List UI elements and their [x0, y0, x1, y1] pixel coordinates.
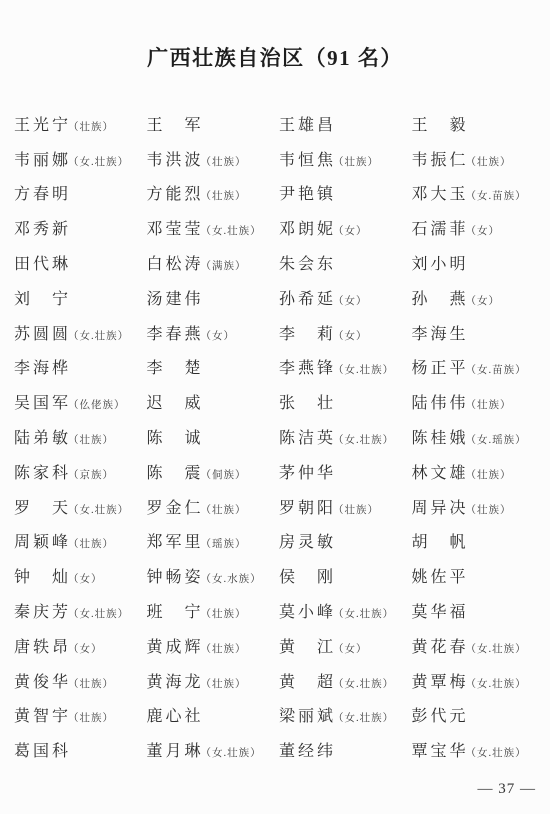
- person-name: 陈洁英: [279, 430, 336, 447]
- ethnic-tag: （壮族）: [333, 157, 379, 168]
- name-entry: 胡 帆: [412, 529, 545, 552]
- ethnic-tag: （女.壮族）: [68, 505, 129, 516]
- person-name: 李春燕: [147, 326, 204, 343]
- name-entry: 葛国科: [14, 738, 147, 761]
- ethnic-tag: （壮族）: [466, 505, 512, 516]
- ethnic-tag: （女.苗族）: [466, 365, 527, 376]
- ethnic-tag: （女.壮族）: [68, 331, 129, 342]
- name-entry: 莫华福: [412, 599, 545, 622]
- name-entry: 韦洪波（壮族）: [147, 147, 280, 170]
- name-entry: 唐轶昂（女）: [14, 634, 147, 657]
- name-entry: 郑军里（瑶族）: [147, 529, 280, 552]
- ethnic-tag: （壮族）: [68, 122, 114, 133]
- ethnic-tag: （壮族）: [466, 470, 512, 481]
- person-name: 黄 超: [279, 674, 336, 691]
- names-grid: 王光宁（壮族）王 军王雄昌王 毅韦丽娜（女.壮族）韦洪波（壮族）韦恒焦（壮族）韦…: [14, 106, 544, 767]
- person-name: 莫小峰: [279, 604, 336, 621]
- person-name: 周异决: [412, 500, 469, 517]
- name-entry: 孙 燕（女）: [412, 286, 545, 309]
- person-name: 邓秀新: [14, 221, 71, 238]
- ethnic-tag: （女）: [333, 331, 368, 342]
- ethnic-tag: （女.壮族）: [466, 748, 527, 759]
- person-name: 刘小明: [412, 256, 469, 273]
- person-name: 班 宁: [147, 604, 204, 621]
- name-entry: 吴国军（仫佬族）: [14, 390, 147, 413]
- name-entry: 邓秀新: [14, 216, 147, 239]
- person-name: 郑军里: [147, 534, 204, 551]
- person-name: 王 毅: [412, 117, 469, 134]
- ethnic-tag: （女.壮族）: [466, 644, 527, 655]
- person-name: 彭代元: [412, 708, 469, 725]
- ethnic-tag: （仫佬族）: [68, 400, 126, 411]
- ethnic-tag: （壮族）: [68, 679, 114, 690]
- person-name: 方春明: [14, 186, 71, 203]
- ethnic-tag: （女）: [68, 574, 103, 585]
- person-name: 陆伟伟: [412, 395, 469, 412]
- person-name: 杨正平: [412, 360, 469, 377]
- name-entry: 黄花春（女.壮族）: [412, 634, 545, 657]
- name-entry: 邓大玉（女.苗族）: [412, 181, 545, 204]
- ethnic-tag: （女.壮族）: [333, 713, 394, 724]
- name-entry: 李燕锋（女.壮族）: [279, 355, 412, 378]
- person-name: 唐轶昂: [14, 639, 71, 656]
- person-name: 王雄昌: [279, 117, 336, 134]
- name-entry: 方能烈（壮族）: [147, 181, 280, 204]
- ethnic-tag: （女.壮族）: [68, 609, 129, 620]
- name-entry: 黄智宇（壮族）: [14, 703, 147, 726]
- person-name: 罗金仁: [147, 500, 204, 517]
- person-name: 陈家科: [14, 465, 71, 482]
- person-name: 黄俊华: [14, 674, 71, 691]
- person-name: 张 壮: [279, 395, 336, 412]
- name-entry: 秦庆芳（女.壮族）: [14, 599, 147, 622]
- ethnic-tag: （壮族）: [201, 609, 247, 620]
- ethnic-tag: （京族）: [68, 470, 114, 481]
- name-entry: 朱会东: [279, 251, 412, 274]
- ethnic-tag: （瑶族）: [201, 539, 247, 550]
- person-name: 孙 燕: [412, 291, 469, 308]
- person-name: 梁丽斌: [279, 708, 336, 725]
- person-name: 韦洪波: [147, 152, 204, 169]
- name-entry: 王 军: [147, 112, 280, 135]
- person-name: 白松涛: [147, 256, 204, 273]
- name-entry: 黄俊华（壮族）: [14, 669, 147, 692]
- person-name: 周颖峰: [14, 534, 71, 551]
- name-entry: 石濡菲（女）: [412, 216, 545, 239]
- name-entry: 杨正平（女.苗族）: [412, 355, 545, 378]
- name-entry: 尹艳镇: [279, 181, 412, 204]
- person-name: 陈 诚: [147, 430, 204, 447]
- ethnic-tag: （女.苗族）: [466, 191, 527, 202]
- person-name: 钟畅姿: [147, 569, 204, 586]
- person-name: 李海桦: [14, 360, 71, 377]
- ethnic-tag: （壮族）: [201, 157, 247, 168]
- name-entry: 彭代元: [412, 703, 545, 726]
- person-name: 苏圆圆: [14, 326, 71, 343]
- person-name: 韦丽娜: [14, 152, 71, 169]
- name-entry: 侯 刚: [279, 564, 412, 587]
- name-entry: 王雄昌: [279, 112, 412, 135]
- person-name: 葛国科: [14, 743, 71, 760]
- ethnic-tag: （壮族）: [201, 644, 247, 655]
- person-name: 朱会东: [279, 256, 336, 273]
- ethnic-tag: （女）: [68, 644, 103, 655]
- name-entry: 鹿心社: [147, 703, 280, 726]
- name-entry: 董月琳（女.壮族）: [147, 738, 280, 761]
- person-name: 韦恒焦: [279, 152, 336, 169]
- person-name: 迟 威: [147, 395, 204, 412]
- name-entry: 李 楚: [147, 355, 280, 378]
- person-name: 陆弟敏: [14, 430, 71, 447]
- name-entry: 刘小明: [412, 251, 545, 274]
- name-entry: 钟畅姿（女.水族）: [147, 564, 280, 587]
- person-name: 黄智宇: [14, 708, 71, 725]
- name-entry: 罗 天（女.壮族）: [14, 495, 147, 518]
- person-name: 鹿心社: [147, 708, 204, 725]
- person-name: 覃宝华: [412, 743, 469, 760]
- person-name: 李燕锋: [279, 360, 336, 377]
- ethnic-tag: （壮族）: [333, 505, 379, 516]
- name-entry: 张 壮: [279, 390, 412, 413]
- name-entry: 房灵敏: [279, 529, 412, 552]
- ethnic-tag: （女.壮族）: [333, 365, 394, 376]
- ethnic-tag: （女.壮族）: [68, 157, 129, 168]
- person-name: 茅仲华: [279, 465, 336, 482]
- name-entry: 王光宁（壮族）: [14, 112, 147, 135]
- ethnic-tag: （女.壮族）: [333, 435, 394, 446]
- name-entry: 李海生: [412, 321, 545, 344]
- name-entry: 韦丽娜（女.壮族）: [14, 147, 147, 170]
- person-name: 董经纬: [279, 743, 336, 760]
- name-entry: 周异决（壮族）: [412, 495, 545, 518]
- ethnic-tag: （女.壮族）: [333, 679, 394, 690]
- person-name: 罗 天: [14, 500, 71, 517]
- ethnic-tag: （壮族）: [201, 505, 247, 516]
- person-name: 王光宁: [14, 117, 71, 134]
- ethnic-tag: （壮族）: [68, 713, 114, 724]
- name-entry: 班 宁（壮族）: [147, 599, 280, 622]
- person-name: 邓朗妮: [279, 221, 336, 238]
- name-entry: 莫小峰（女.壮族）: [279, 599, 412, 622]
- ethnic-tag: （女）: [333, 644, 368, 655]
- person-name: 罗朝阳: [279, 500, 336, 517]
- person-name: 李 莉: [279, 326, 336, 343]
- name-entry: 梁丽斌（女.壮族）: [279, 703, 412, 726]
- name-entry: 罗金仁（壮族）: [147, 495, 280, 518]
- ethnic-tag: （女）: [333, 296, 368, 307]
- person-name: 韦振仁: [412, 152, 469, 169]
- name-entry: 陈 诚: [147, 425, 280, 448]
- name-entry: 罗朝阳（壮族）: [279, 495, 412, 518]
- person-name: 方能烈: [147, 186, 204, 203]
- name-entry: 韦恒焦（壮族）: [279, 147, 412, 170]
- name-entry: 方春明: [14, 181, 147, 204]
- ethnic-tag: （满族）: [201, 261, 247, 272]
- name-entry: 黄成辉（壮族）: [147, 634, 280, 657]
- person-name: 陈 震: [147, 465, 204, 482]
- ethnic-tag: （壮族）: [466, 400, 512, 411]
- person-name: 林文雄: [412, 465, 469, 482]
- ethnic-tag: （女）: [333, 226, 368, 237]
- name-entry: 孙希延（女）: [279, 286, 412, 309]
- person-name: 陈桂娥: [412, 430, 469, 447]
- name-entry: 覃宝华（女.壮族）: [412, 738, 545, 761]
- name-entry: 黄 超（女.壮族）: [279, 669, 412, 692]
- name-entry: 陈家科（京族）: [14, 460, 147, 483]
- person-name: 李海生: [412, 326, 469, 343]
- name-entry: 李海桦: [14, 355, 147, 378]
- person-name: 胡 帆: [412, 534, 469, 551]
- person-name: 黄海龙: [147, 674, 204, 691]
- name-entry: 姚佐平: [412, 564, 545, 587]
- person-name: 钟 灿: [14, 569, 71, 586]
- person-name: 侯 刚: [279, 569, 336, 586]
- person-name: 汤建伟: [147, 291, 204, 308]
- person-name: 田代琳: [14, 256, 71, 273]
- person-name: 姚佐平: [412, 569, 469, 586]
- ethnic-tag: （女.壮族）: [466, 679, 527, 690]
- name-entry: 李 莉（女）: [279, 321, 412, 344]
- name-entry: 陈 震（侗族）: [147, 460, 280, 483]
- ethnic-tag: （女.瑶族）: [466, 435, 527, 446]
- ethnic-tag: （女.壮族）: [201, 226, 262, 237]
- ethnic-tag: （壮族）: [201, 679, 247, 690]
- name-entry: 李春燕（女）: [147, 321, 280, 344]
- name-entry: 黄 江（女）: [279, 634, 412, 657]
- ethnic-tag: （女）: [201, 331, 236, 342]
- ethnic-tag: （女）: [466, 296, 501, 307]
- ethnic-tag: （壮族）: [68, 435, 114, 446]
- name-entry: 陈桂娥（女.瑶族）: [412, 425, 545, 448]
- person-name: 董月琳: [147, 743, 204, 760]
- person-name: 秦庆芳: [14, 604, 71, 621]
- name-entry: 黄覃梅（女.壮族）: [412, 669, 545, 692]
- person-name: 邓大玉: [412, 186, 469, 203]
- name-entry: 苏圆圆（女.壮族）: [14, 321, 147, 344]
- ethnic-tag: （女.壮族）: [201, 748, 262, 759]
- person-name: 石濡菲: [412, 221, 469, 238]
- person-name: 黄成辉: [147, 639, 204, 656]
- page-number: — 37 —: [478, 781, 537, 798]
- name-entry: 汤建伟: [147, 286, 280, 309]
- name-entry: 黄海龙（壮族）: [147, 669, 280, 692]
- person-name: 邓莹莹: [147, 221, 204, 238]
- name-entry: 邓朗妮（女）: [279, 216, 412, 239]
- page-title: 广西壮族自治区（91 名）: [0, 0, 550, 72]
- name-entry: 刘 宁: [14, 286, 147, 309]
- ethnic-tag: （女.水族）: [201, 574, 262, 585]
- person-name: 李 楚: [147, 360, 204, 377]
- name-entry: 韦振仁（壮族）: [412, 147, 545, 170]
- ethnic-tag: （壮族）: [466, 157, 512, 168]
- name-entry: 邓莹莹（女.壮族）: [147, 216, 280, 239]
- person-name: 尹艳镇: [279, 186, 336, 203]
- name-entry: 陈洁英（女.壮族）: [279, 425, 412, 448]
- name-entry: 迟 威: [147, 390, 280, 413]
- name-entry: 田代琳: [14, 251, 147, 274]
- ethnic-tag: （女.壮族）: [333, 609, 394, 620]
- name-entry: 王 毅: [412, 112, 545, 135]
- ethnic-tag: （壮族）: [68, 539, 114, 550]
- person-name: 吴国军: [14, 395, 71, 412]
- name-entry: 茅仲华: [279, 460, 412, 483]
- name-entry: 白松涛（满族）: [147, 251, 280, 274]
- name-entry: 陆弟敏（壮族）: [14, 425, 147, 448]
- person-name: 王 军: [147, 117, 204, 134]
- name-entry: 林文雄（壮族）: [412, 460, 545, 483]
- ethnic-tag: （女）: [466, 226, 501, 237]
- person-name: 黄覃梅: [412, 674, 469, 691]
- name-entry: 陆伟伟（壮族）: [412, 390, 545, 413]
- person-name: 莫华福: [412, 604, 469, 621]
- name-entry: 董经纬: [279, 738, 412, 761]
- ethnic-tag: （侗族）: [201, 470, 247, 481]
- person-name: 刘 宁: [14, 291, 71, 308]
- person-name: 黄花春: [412, 639, 469, 656]
- person-name: 房灵敏: [279, 534, 336, 551]
- ethnic-tag: （壮族）: [201, 191, 247, 202]
- name-entry: 周颖峰（壮族）: [14, 529, 147, 552]
- name-entry: 钟 灿（女）: [14, 564, 147, 587]
- person-name: 黄 江: [279, 639, 336, 656]
- person-name: 孙希延: [279, 291, 336, 308]
